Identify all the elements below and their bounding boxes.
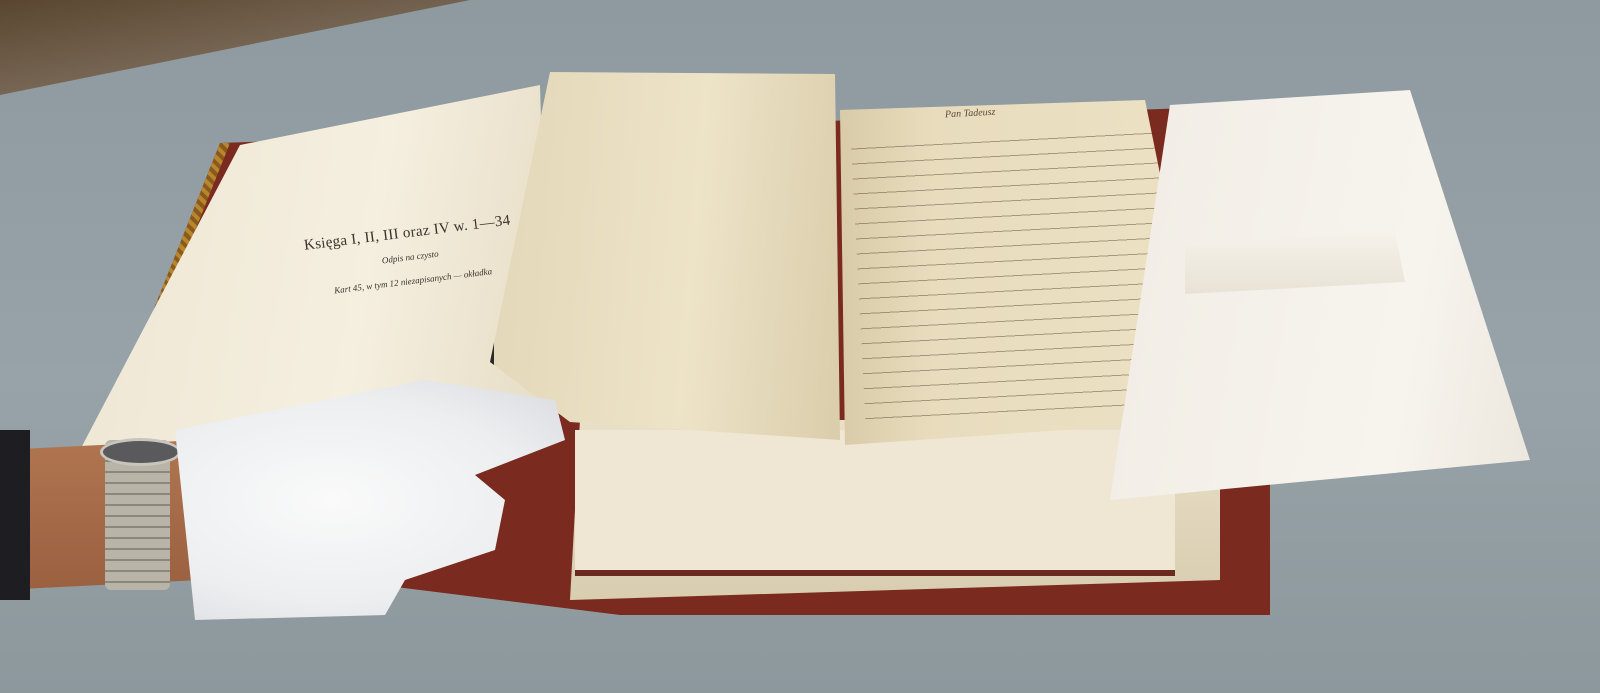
dark-sleeve [0, 430, 30, 600]
watch-face [100, 438, 181, 466]
paper-folder [1110, 90, 1530, 500]
arm [0, 440, 200, 590]
photo-scene: Księga I, II, III oraz IV w. 1—34 Odpis … [0, 0, 1600, 693]
inner-mount [575, 430, 1175, 576]
background-wall [0, 0, 470, 95]
manuscript-left-page [490, 72, 854, 452]
